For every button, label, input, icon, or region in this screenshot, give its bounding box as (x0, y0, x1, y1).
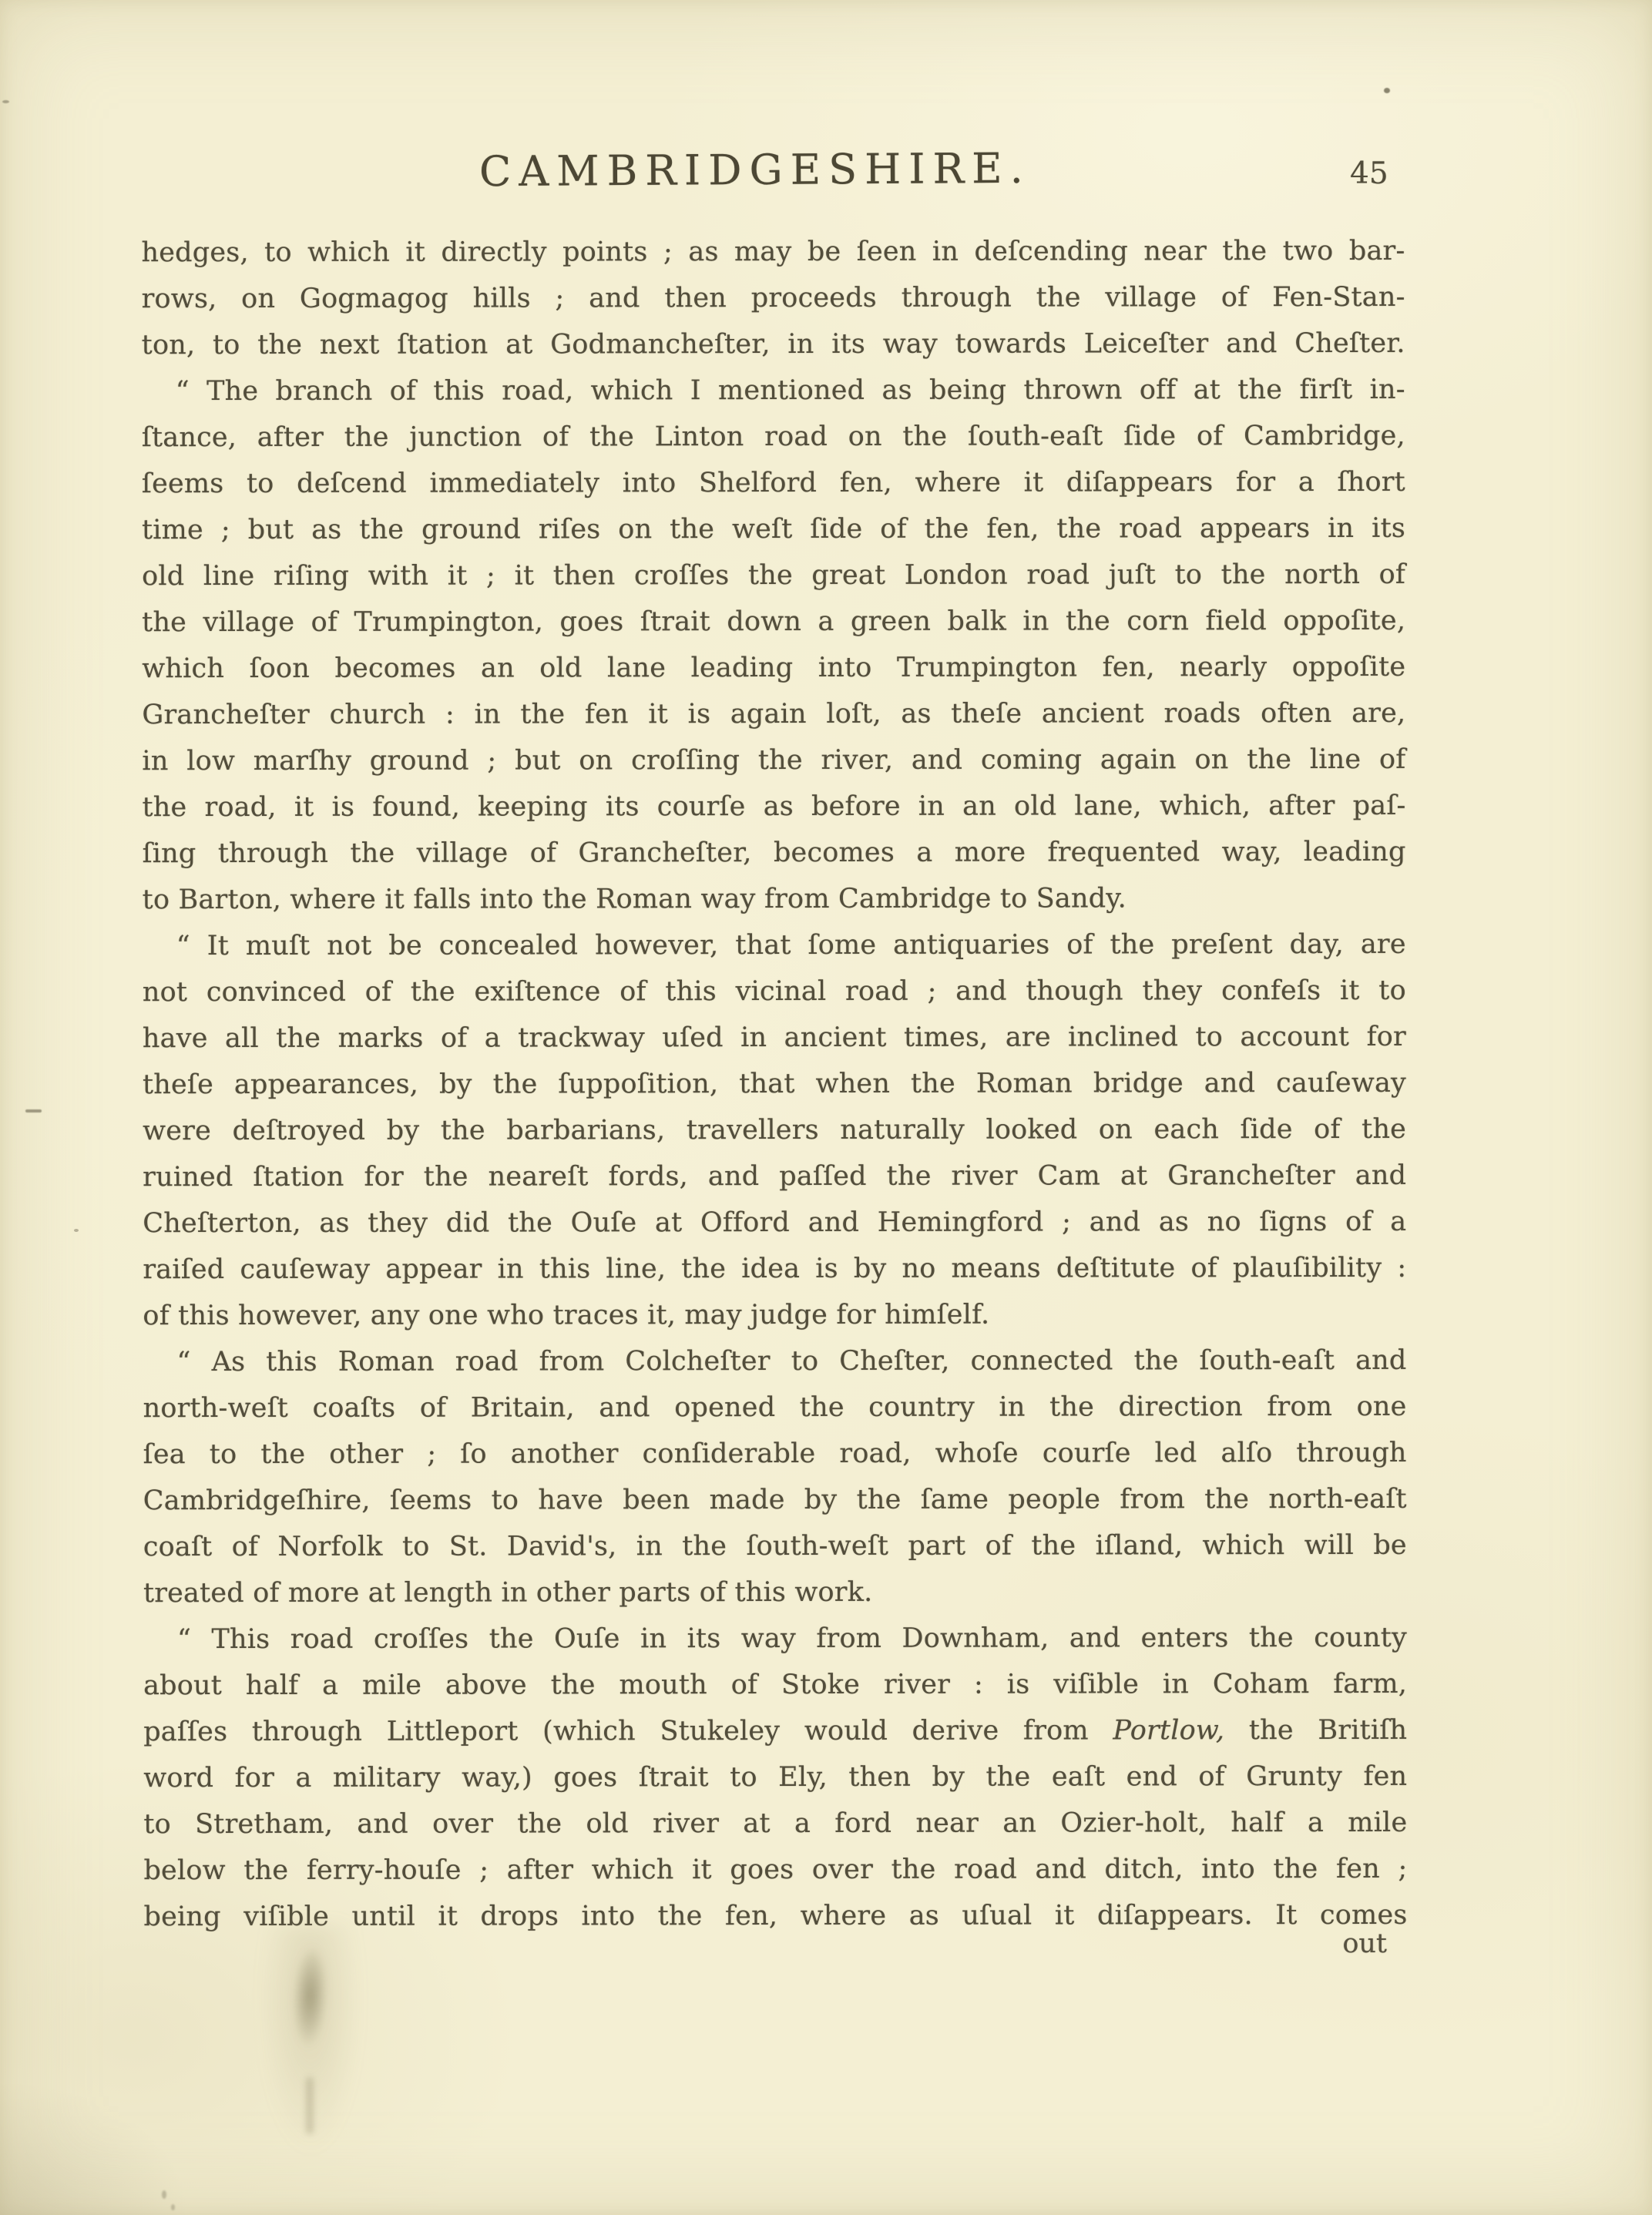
text-line: Grancheſter church : in the fen it is ag… (142, 690, 1405, 738)
text-line: hedges, to which it directly points ; as… (141, 228, 1405, 276)
text-run: were deſtroyed by the barbarians, travel… (143, 1114, 1406, 1146)
page-number: 45 (1350, 159, 1388, 189)
text-run: time ; but as the ground riſes on the we… (142, 513, 1405, 545)
text-run: “ It muſt not be concealed however, that… (176, 929, 1406, 962)
text-line: were deſtroyed by the barbarians, travel… (143, 1106, 1406, 1154)
text-run: “ This road croſſes the Ouſe in its way … (177, 1623, 1407, 1655)
text-line: ſtance, after the junction of the Linton… (142, 413, 1405, 461)
text-run: not convinced of the exiſtence of this v… (143, 975, 1406, 1008)
text-run: which ſoon becomes an old lane leading i… (142, 652, 1405, 684)
text-line: ruined ſtation for the neareſt fords, an… (143, 1153, 1406, 1200)
text-line: paſſes through Littleport (which Stukele… (143, 1707, 1407, 1755)
text-run: have all the marks of a trackway uſed in… (143, 1022, 1406, 1054)
text-line: to Barton, where it falls into the Roman… (143, 875, 1406, 923)
text-line: the village of Trumpington, goes ſtrait … (142, 598, 1405, 646)
text-line: time ; but as the ground riſes on the we… (142, 505, 1405, 553)
paper-speck (25, 1109, 42, 1113)
text-run: below the ferry-houſe ; after which it g… (143, 1854, 1407, 1886)
text-line: about half a mile above the mouth of Sto… (143, 1661, 1407, 1709)
paper-stain-tail (306, 2077, 314, 2134)
text-line: ſea to the other ; ſo another conſiderab… (143, 1430, 1407, 1478)
text-line: “ As this Roman road from Colcheſter to … (143, 1337, 1406, 1385)
text-line: coaſt of Norfolk to St. David's, in the … (143, 1522, 1407, 1570)
paper-speck (162, 2190, 166, 2199)
text-run: theſe appearances, by the ſuppoſition, t… (143, 1068, 1406, 1100)
text-line: which ſoon becomes an old lane leading i… (142, 644, 1405, 692)
text-line: ſeems to deſcend immediately into Shelfo… (142, 459, 1405, 507)
text-run: Cambridgeſhire, ſeems to have been made … (143, 1484, 1407, 1516)
text-run: old line riſing with it ; it then croſſe… (142, 559, 1405, 592)
text-run: ſeems to deſcend immediately into Shelfo… (142, 467, 1405, 499)
text-run: north-weſt coaſts of Britain, and opened… (143, 1391, 1407, 1424)
text-line: ton, to the next ſtation at Godmancheſte… (142, 321, 1405, 368)
text-line: “ This road croſſes the Ouſe in its way … (143, 1615, 1407, 1663)
text-line: Cheſterton, as they did the Ouſe at Offo… (143, 1199, 1406, 1247)
text-block: hedges, to which it directly points ; as… (141, 228, 1407, 1940)
text-line: ſing through the village of Grancheſter,… (143, 829, 1406, 877)
text-line: of this however, any one who traces it, … (143, 1291, 1406, 1339)
text-run: raiſed cauſeway appear in this line, the… (143, 1253, 1406, 1285)
text-run: of this however, any one who traces it, … (143, 1300, 989, 1332)
text-line: theſe appearances, by the ſuppoſition, t… (143, 1060, 1406, 1108)
text-line: word for a military way,) goes ſtrait to… (143, 1754, 1407, 1801)
text-run: hedges, to which it directly points ; as… (141, 236, 1405, 268)
text-run: Cheſterton, as they did the Ouſe at Offo… (143, 1207, 1406, 1239)
text-line: “ The branch of this road, which I menti… (142, 367, 1405, 414)
italic-word: Portlow, (1113, 1715, 1224, 1746)
book-page: CAMBRIDGESHIRE. 45 hedges, to which it d… (0, 0, 1652, 2215)
text-line: raiſed cauſeway appear in this line, the… (143, 1245, 1406, 1293)
text-line: north-weſt coaſts of Britain, and opened… (143, 1384, 1407, 1431)
text-line: rows, on Gogmagog hills ; and then proce… (142, 274, 1405, 322)
text-run: word for a military way,) goes ſtrait to… (143, 1761, 1407, 1794)
text-run: rows, on Gogmagog hills ; and then proce… (142, 282, 1405, 314)
paper-speck (1384, 88, 1390, 93)
paper-speck (171, 2204, 175, 2210)
text-line: treated of more at length in other parts… (143, 1569, 1407, 1616)
text-run: ruined ſtation for the neareſt fords, an… (143, 1160, 1406, 1193)
text-run: the village of Trumpington, goes ſtrait … (142, 606, 1405, 638)
text-line: below the ferry-houſe ; after which it g… (143, 1846, 1407, 1894)
text-run: ſea to the other ; ſo another conſiderab… (143, 1438, 1407, 1470)
text-run: “ The branch of this road, which I menti… (176, 374, 1405, 407)
text-run: about half a mile above the mouth of Sto… (143, 1669, 1407, 1701)
text-line: to Stretham, and over the old river at a… (143, 1800, 1407, 1848)
text-run: coaſt of Norfolk to St. David's, in the … (143, 1530, 1407, 1562)
text-run: to Barton, where it falls into the Roman… (143, 883, 1127, 915)
text-run: the Britiſh (1224, 1715, 1407, 1746)
text-run: in low marſhy ground ; but on croſſing t… (142, 744, 1405, 777)
paper-speck (74, 1229, 79, 1232)
text-line: Cambridgeſhire, ſeems to have been made … (143, 1476, 1407, 1524)
text-run: to Stretham, and over the old river at a… (143, 1807, 1407, 1840)
text-line: “ It muſt not be concealed however, that… (143, 921, 1406, 969)
text-line: the road, it is found, keeping its courſ… (142, 783, 1405, 831)
running-header-title: CAMBRIDGESHIRE. (479, 148, 1031, 193)
text-run: the road, it is found, keeping its courſ… (142, 790, 1405, 823)
text-run: paſſes through Littleport (which Stukele… (143, 1715, 1113, 1747)
text-line: have all the marks of a trackway uſed in… (143, 1014, 1406, 1062)
text-line: not convinced of the exiſtence of this v… (143, 968, 1406, 1015)
text-run: treated of more at length in other parts… (143, 1577, 873, 1609)
text-run: ſtance, after the junction of the Linton… (142, 421, 1405, 453)
text-run: “ As this Roman road from Colcheſter to … (176, 1345, 1406, 1378)
catchword: out (1342, 1931, 1387, 1958)
text-run: ſing through the village of Grancheſter,… (143, 837, 1406, 869)
text-run: Grancheſter church : in the fen it is ag… (142, 698, 1405, 730)
text-line: in low marſhy ground ; but on croſſing t… (142, 737, 1405, 784)
text-line: old line riſing with it ; it then croſſe… (142, 552, 1405, 599)
paper-speck (2, 100, 9, 103)
text-run: ton, to the next ſtation at Godmancheſte… (142, 328, 1405, 361)
corner-shading (0, 2084, 185, 2215)
